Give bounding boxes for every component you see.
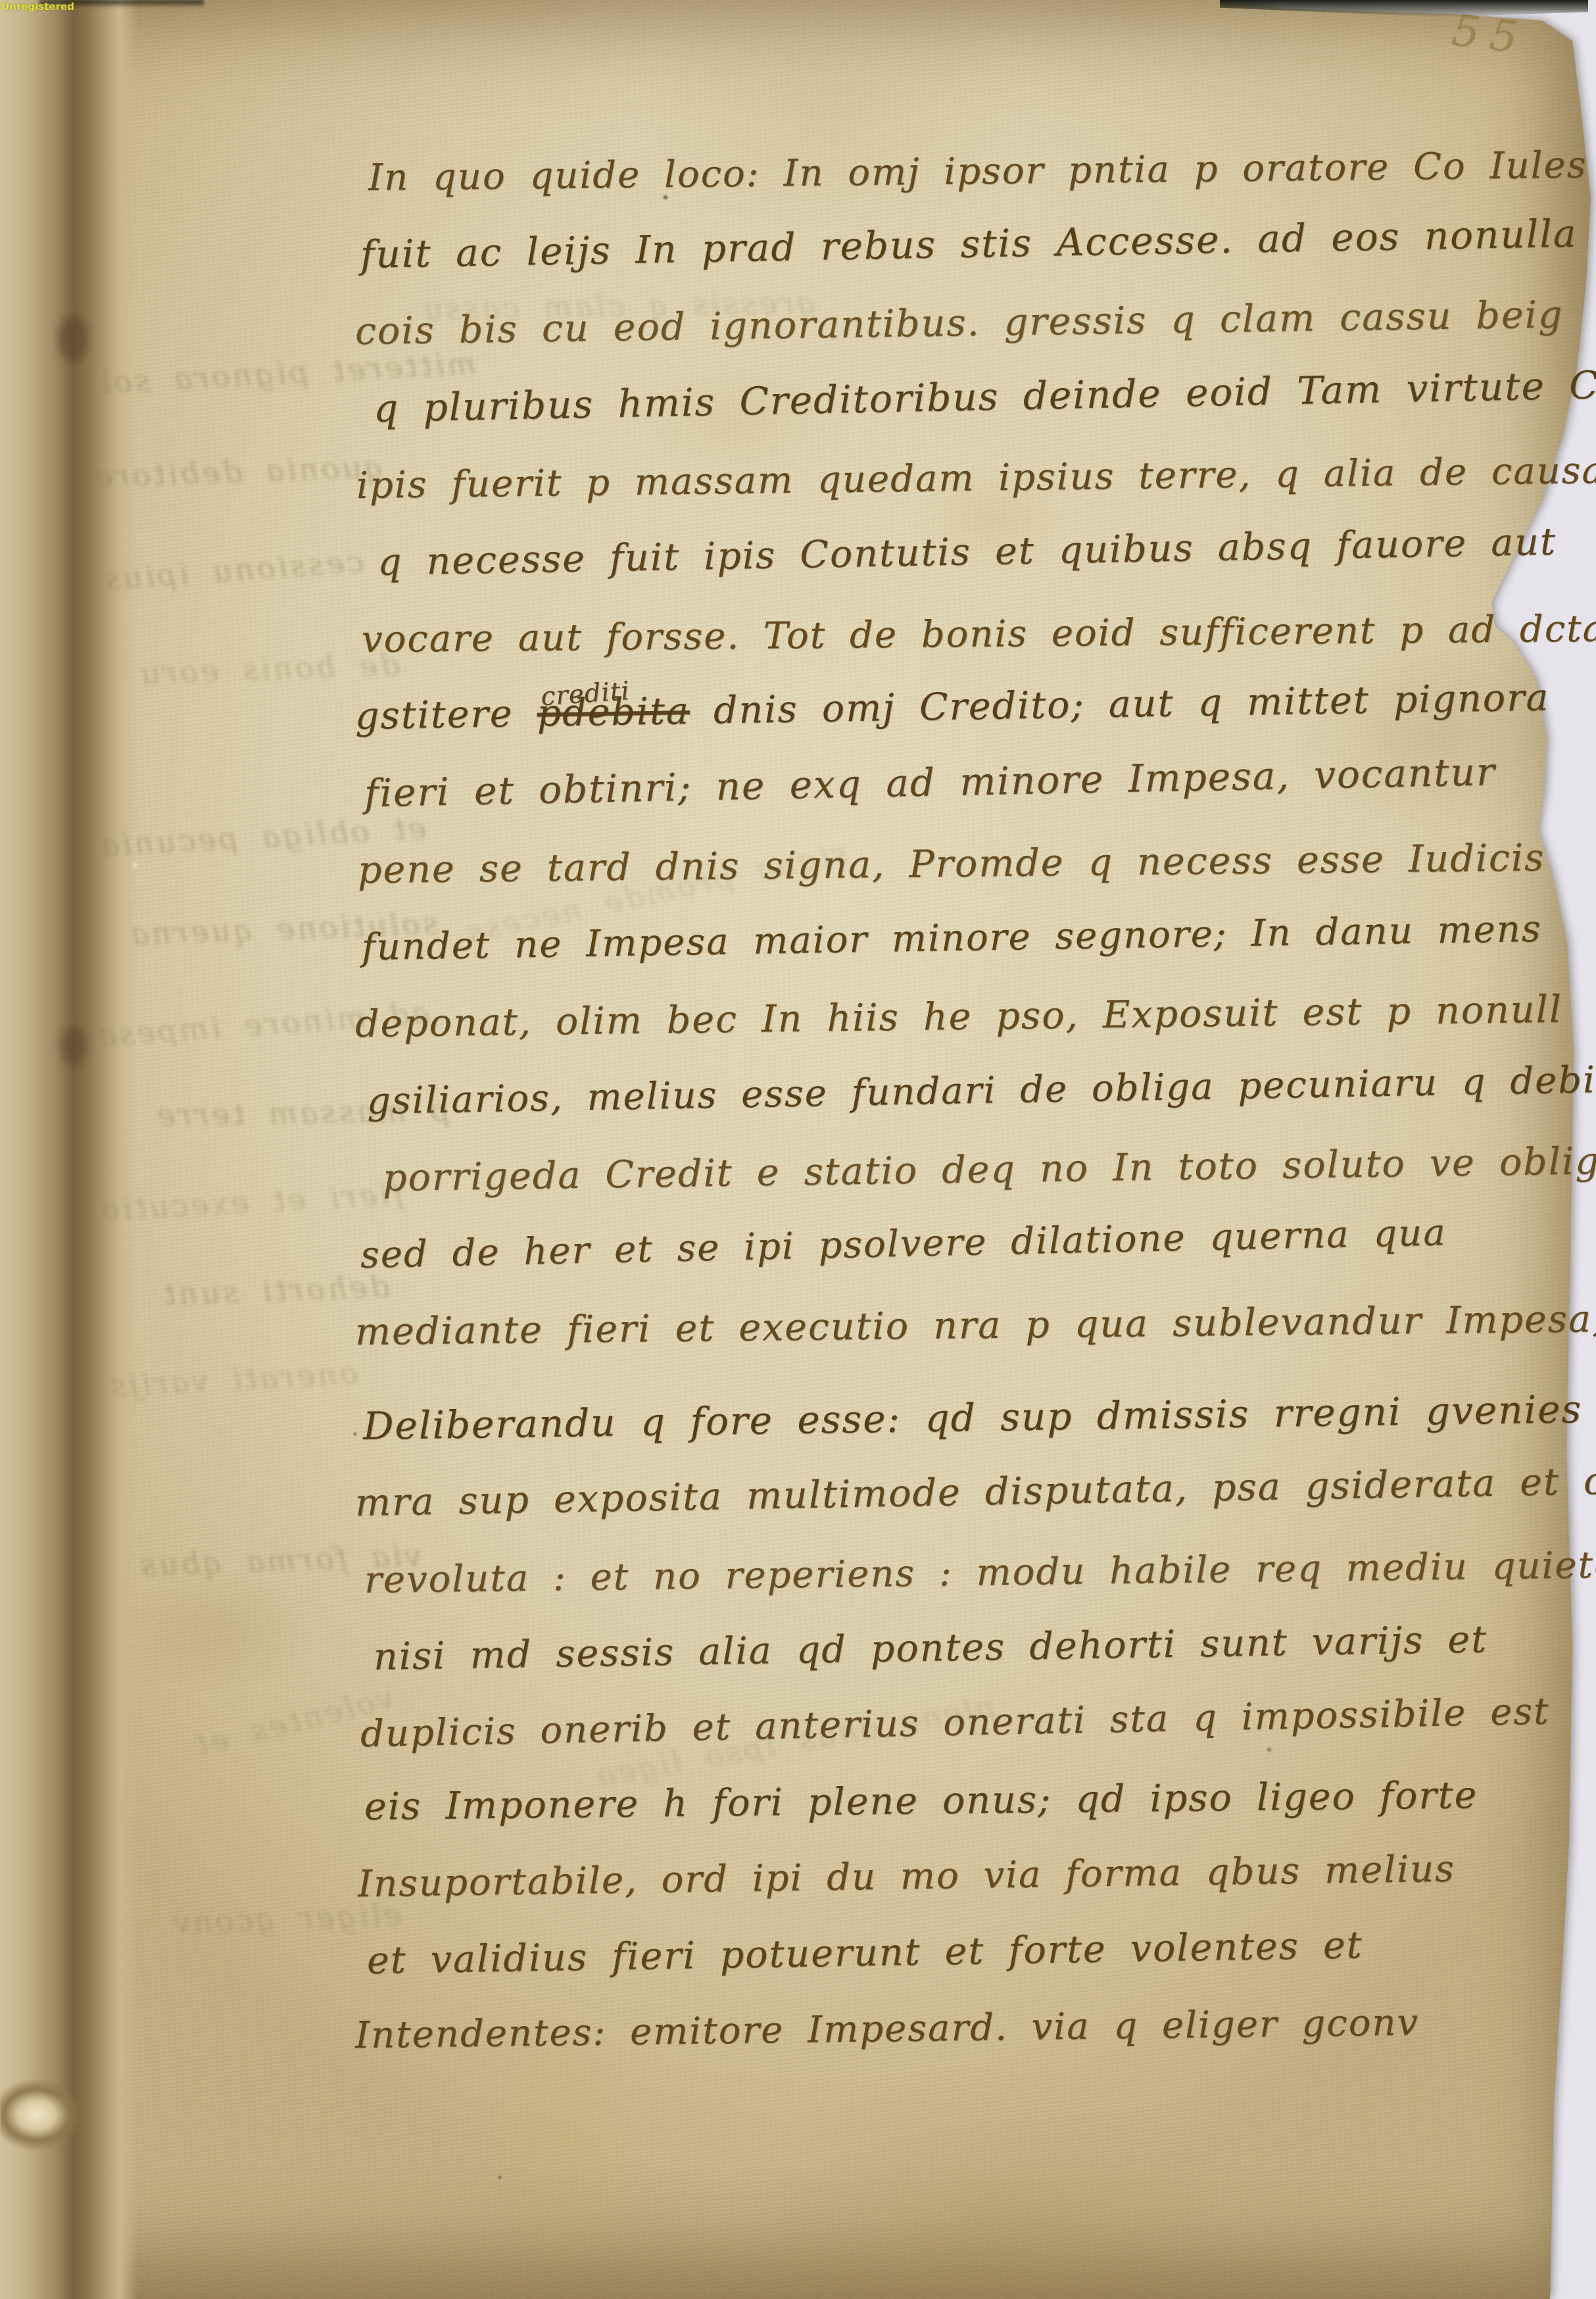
page-curl <box>0 2052 99 2177</box>
scanned-page-canvas: mitteret pignora sol quonia debitore ces… <box>0 0 1596 2299</box>
software-watermark: Unregistered <box>1 1 74 12</box>
text-line: Intendentes: emitore Impesard. via q eli… <box>354 1983 1559 2074</box>
text-segment: dnis omj Credito; aut q mittet pignora <box>689 676 1549 733</box>
handwritten-text-block: In quo quide loco: In omj ipsor pntia p … <box>355 139 1559 2074</box>
gutter-crease-knot <box>58 316 88 362</box>
correction-group: pdebitacrediti <box>537 689 690 735</box>
text-line: mediante fieri et executio nra p qua sub… <box>354 1281 1559 1371</box>
gutter-crease-knot <box>60 1026 87 1066</box>
text-segment: gstitere <box>354 692 537 738</box>
inserted-correction: crediti <box>538 653 632 735</box>
